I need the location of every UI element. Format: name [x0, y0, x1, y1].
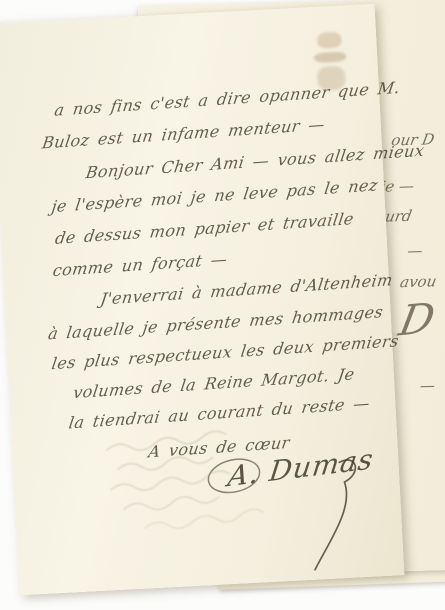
letter-line: Buloz est un infame menteur — — [41, 115, 326, 153]
paper-sheet-front: a nos fins c'est a dire opanner que M. B… — [0, 4, 404, 595]
stamp-wave — [314, 51, 346, 63]
letter-line: comme un forçat — — [52, 249, 229, 280]
stamp-crest — [317, 32, 342, 49]
back-sheet-fragment: avou — [399, 272, 438, 291]
letter-photograph: our D rnie — jourd — avou D — a nos fins… — [0, 0, 445, 610]
showthrough-stroke — [144, 509, 265, 530]
letter-line: de dessus mon papier et travaille — [54, 209, 355, 248]
showthrough-stroke — [117, 455, 213, 471]
letter-line: a nos fins c'est a dire opanner que M. — [53, 78, 401, 120]
letter-line: J'enverrai à madame d'Altenheim — [99, 270, 394, 309]
ink-showthrough-front — [100, 424, 355, 547]
back-sheet-fragment: — — [406, 242, 424, 260]
showthrough-stroke — [106, 431, 227, 452]
showthrough-stroke — [123, 495, 219, 511]
showthrough-stroke — [110, 471, 231, 492]
